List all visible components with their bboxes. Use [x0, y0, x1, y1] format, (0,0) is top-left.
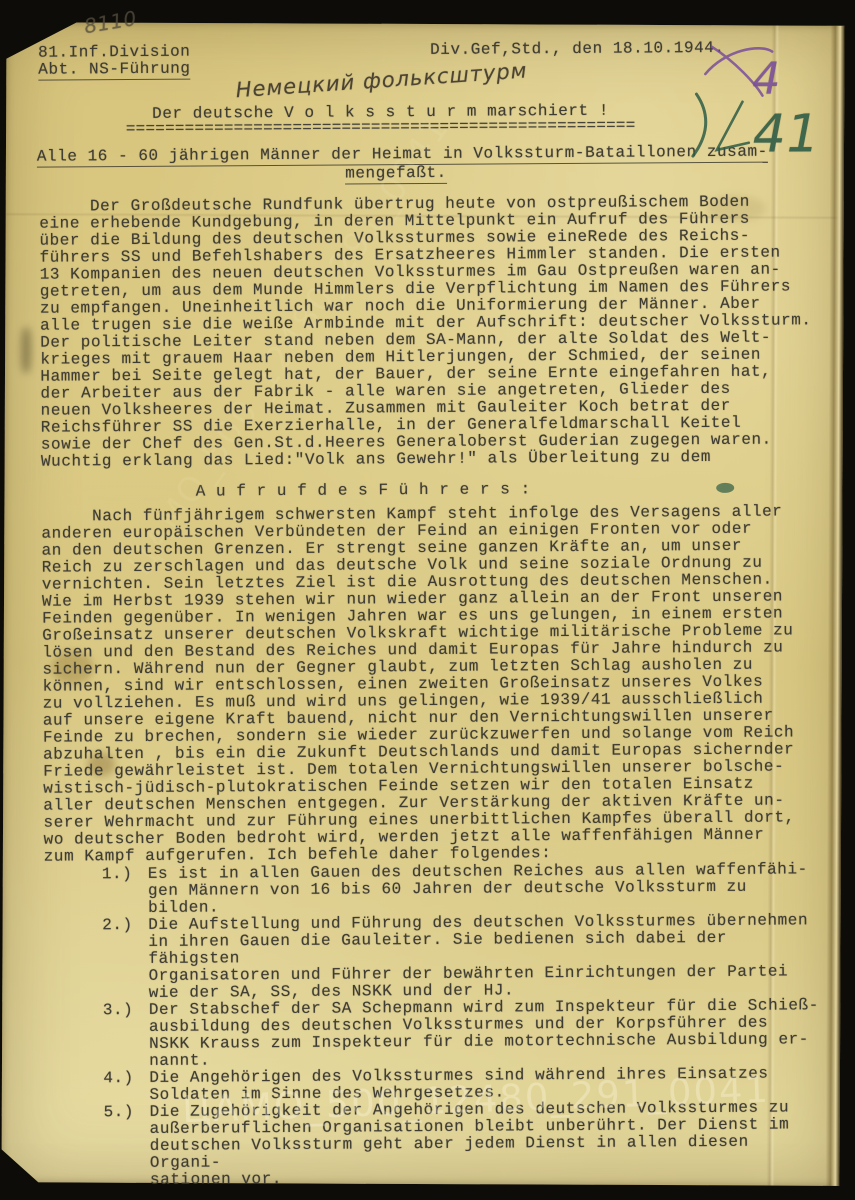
typewritten-content: 81.Inf.Division Abt. NS-Führung Div.Gef,…: [0, 21, 846, 1187]
list-item-number: 1.): [102, 866, 148, 917]
paragraph-report: Der Großdeutsche Rundfunk übertrug heute…: [39, 193, 821, 470]
cyrillic-handwritten-annotation: Немецкий фольксштурм: [235, 58, 595, 99]
sender-department: Abt. NS-Führung: [38, 60, 190, 81]
list-item: 2.) Die Aufstellung und Führung des deut…: [102, 912, 823, 1002]
sender-block: 81.Inf.Division Abt. NS-Führung: [38, 44, 191, 79]
list-item: 1.) Es ist in allen Gauen des deutschen …: [102, 861, 822, 917]
list-item-text: Der Stabschef der SA Schepmann wird zum …: [149, 997, 823, 1070]
list-item-number: 2.): [102, 917, 149, 1002]
purple-page-number: 4: [752, 53, 781, 104]
heading-aufruf: A u f r u f d e s F ü h r e r s :: [3, 480, 723, 502]
decree-list: 1.) Es ist in allen Gauen des deutschen …: [102, 861, 824, 1189]
scanned-document: { "colors":{"paper":"#d8c57f","ink":"#3f…: [0, 0, 855, 1200]
list-item-number: 3.): [103, 1002, 149, 1070]
list-item-number: 5.): [103, 1104, 150, 1189]
list-item-text: Die Aufstellung und Führung des deutsche…: [148, 912, 823, 1002]
list-item-text: Es ist in allen Gauen des deutschen Reic…: [148, 861, 822, 917]
list-item-number: 4.): [103, 1070, 149, 1104]
date-line: Div.Gef,Std., den 18.10.1944.: [430, 40, 725, 59]
list-item: 3.) Der Stabschef der SA Schepmann wird …: [103, 997, 823, 1070]
